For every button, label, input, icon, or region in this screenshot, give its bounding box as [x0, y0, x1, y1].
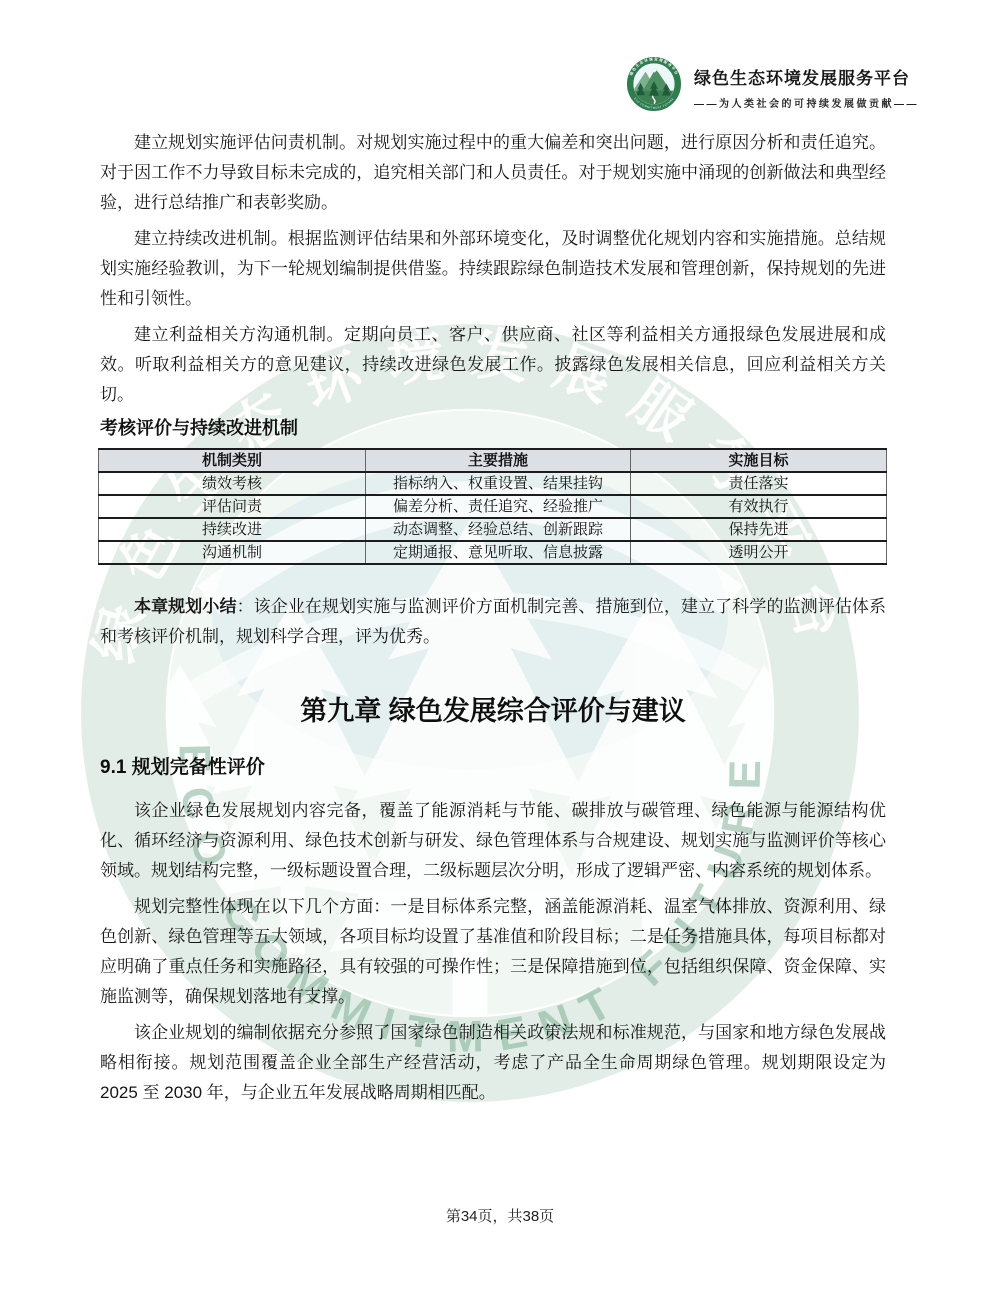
- table-header-row: 机制类别 主要措施 实施目标: [99, 449, 887, 472]
- table-cell: 动态调整、经验总结、创新跟踪: [366, 518, 631, 541]
- table-header-cell: 机制类别: [99, 449, 366, 472]
- document-body: 建立规划实施评估问责机制。对规划实施过程中的重大偏差和突出问题，进行原因分析和责…: [100, 128, 886, 1114]
- table-row: 绩效考核 指标纳入、权重设置、结果挂钩 责任落实: [99, 472, 887, 495]
- page-header: 绿色生态环境发展服务平台 ECO COMMITMENT FUTURE 绿色生态环…: [626, 56, 919, 112]
- table-cell: 定期通报、意见听取、信息披露: [366, 541, 631, 564]
- table-cell: 持续改进: [99, 518, 366, 541]
- paragraph-accountability: 建立规划实施评估问责机制。对规划实施过程中的重大偏差和突出问题，进行原因分析和责…: [100, 128, 886, 218]
- brand-text-block: 绿色生态环境发展服务平台 ——为人类社会的可持续发展做贡献——: [694, 56, 919, 110]
- section-title: 9.1 规划完备性评价: [100, 755, 886, 781]
- mechanism-table: 机制类别 主要措施 实施目标 绩效考核 指标纳入、权重设置、结果挂钩 责任落实 …: [98, 448, 887, 565]
- paragraph-plan-integrity: 规划完整性体现在以下几个方面：一是目标体系完整，涵盖能源消耗、温室气体排放、资源…: [100, 892, 886, 1012]
- paragraph-stakeholder-communication: 建立利益相关方沟通机制。定期向员工、客户、供应商、社区等利益相关方通报绿色发展进…: [100, 320, 886, 410]
- table-heading: 考核评价与持续改进机制: [100, 416, 886, 440]
- brand-tagline: ——为人类社会的可持续发展做贡献——: [694, 95, 919, 110]
- chapter-summary: 本章规划小结：该企业在规划实施与监测评价方面机制完善、措施到位，建立了科学的监测…: [100, 592, 886, 652]
- table-row: 持续改进 动态调整、经验总结、创新跟踪 保持先进: [99, 518, 887, 541]
- table-cell: 绩效考核: [99, 472, 366, 495]
- table-header-cell: 主要措施: [366, 449, 631, 472]
- chapter-summary-label: 本章规划小结: [134, 597, 237, 616]
- table-cell: 有效执行: [631, 495, 887, 518]
- table-cell: 偏差分析、责任追究、经验推广: [366, 495, 631, 518]
- brand-title: 绿色生态环境发展服务平台: [694, 64, 919, 89]
- page-footer: 第34页，共38页: [0, 1205, 1000, 1226]
- table-cell: 指标纳入、权重设置、结果挂钩: [366, 472, 631, 495]
- table-cell: 责任落实: [631, 472, 887, 495]
- page-number: 第34页，共38页: [446, 1208, 554, 1225]
- table-row: 沟通机制 定期通报、意见听取、信息披露 透明公开: [99, 541, 887, 564]
- paragraph-plan-basis: 该企业规划的编制依据充分参照了国家绿色制造相关政策法规和标准规范，与国家和地方绿…: [100, 1018, 886, 1108]
- table-cell: 沟通机制: [99, 541, 366, 564]
- table-cell: 保持先进: [631, 518, 887, 541]
- table-cell: 透明公开: [631, 541, 887, 564]
- brand-logo-icon: 绿色生态环境发展服务平台 ECO COMMITMENT FUTURE: [626, 56, 682, 112]
- table-cell: 评估问责: [99, 495, 366, 518]
- paragraph-continuous-improvement: 建立持续改进机制。根据监测评估结果和外部环境变化，及时调整优化规划内容和实施措施…: [100, 224, 886, 314]
- chapter-title: 第九章 绿色发展综合评价与建议: [100, 694, 886, 728]
- table-header-cell: 实施目标: [631, 449, 887, 472]
- table-row: 评估问责 偏差分析、责任追究、经验推广 有效执行: [99, 495, 887, 518]
- paragraph-plan-completeness: 该企业绿色发展规划内容完备，覆盖了能源消耗与节能、碳排放与碳管理、绿色能源与能源…: [100, 796, 886, 886]
